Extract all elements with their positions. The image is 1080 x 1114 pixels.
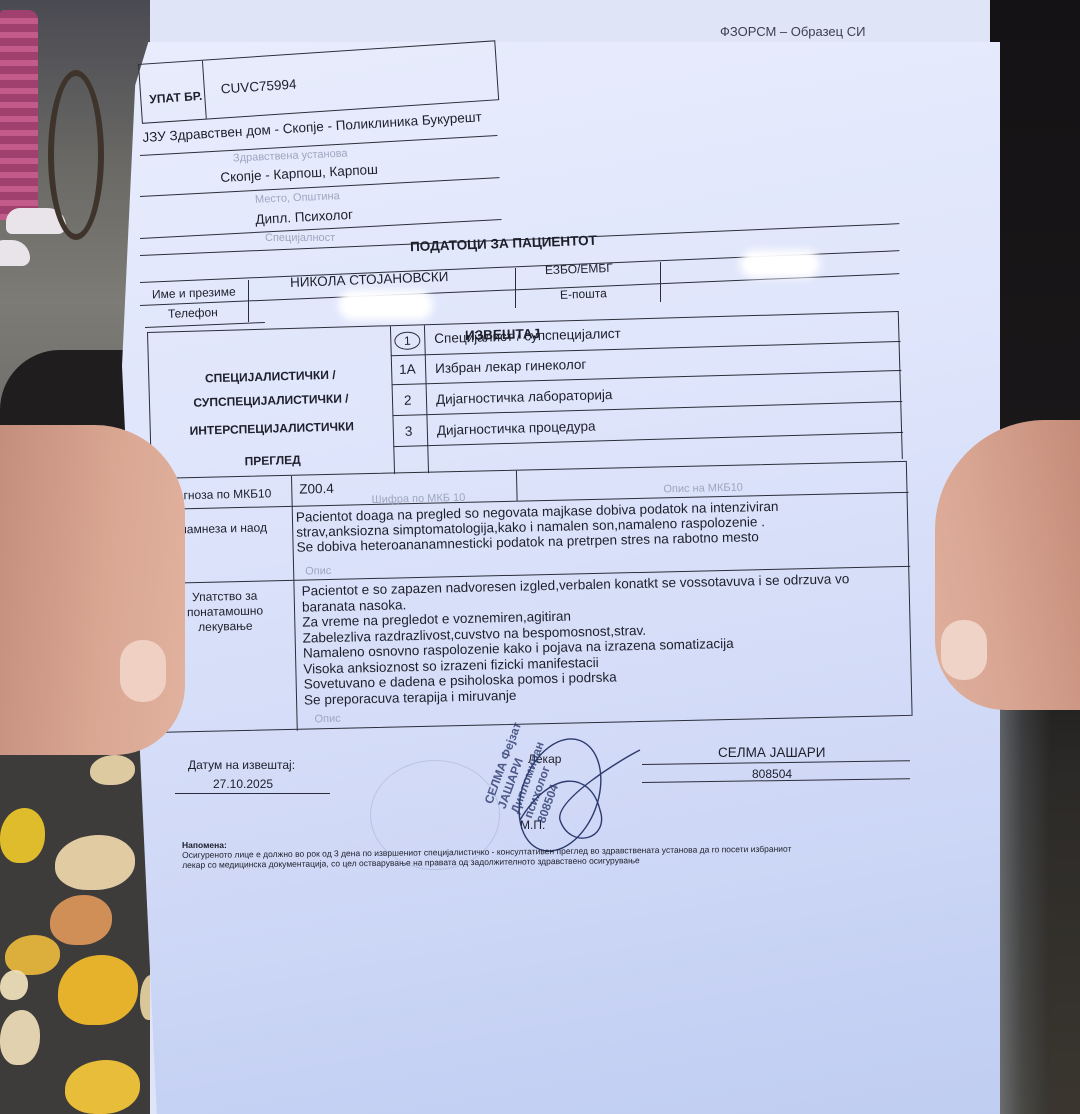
redacted-phone-value	[338, 290, 433, 320]
exam-option-3-code: 2	[404, 393, 412, 408]
findings-table: Дијагноза по МКБ10 Z00.4 Шифра по МКБ 10…	[152, 461, 913, 733]
anamnesis-label: Анамнеза и наод	[172, 520, 267, 536]
exam-option-1-label: Специјалист / супспецијалист	[434, 326, 621, 346]
diagnosis-code-caption: Шифра по МКБ 10	[371, 492, 465, 506]
exam-type-table: СПЕЦИЈАЛИСТИЧКИ / СУПСПЕЦИЈАЛИСТИЧКИ / И…	[147, 311, 903, 480]
guidance-caption: Опис	[314, 713, 340, 726]
referral-number: CUVC75994	[220, 77, 297, 97]
diagnosis-desc-caption: Опис на МКБ10	[663, 482, 743, 496]
patient-email-label: Е-пошта	[560, 286, 607, 302]
redacted-id-value	[740, 250, 820, 278]
anamnesis-caption: Опис	[305, 565, 331, 578]
left-hand	[0, 425, 185, 755]
guidance-text: Pacientot e so zapazen nadvoresen izgled…	[301, 571, 852, 707]
date-value: 27.10.2025	[213, 777, 273, 791]
thumbnail	[941, 620, 987, 680]
exam-type-label-1: СПЕЦИЈАЛИСТИЧКИ /	[149, 366, 391, 387]
exam-option-1-code-circled: 1	[394, 331, 420, 350]
exam-option-2-label: Избран лекар гинеколог	[435, 357, 587, 376]
patient-phone-label: Телефон	[168, 305, 218, 321]
anamnesis-text: Pacientot doaga na pregled so negovata m…	[296, 499, 779, 555]
doctor-id: 808504	[752, 767, 792, 781]
note-title: Напомена:	[182, 840, 227, 850]
doctor-name: СЕЛМА ЈАШАРИ	[718, 745, 825, 760]
exam-type-label-3: ИНТЕРСПЕЦИЈАЛИСТИЧКИ	[151, 418, 393, 439]
exam-option-2-code: 1А	[399, 362, 416, 377]
date-label: Датум на извештај:	[188, 758, 295, 772]
exam-option-4-code: 3	[405, 424, 413, 439]
exam-option-3-label: Дијагностичка лабораторија	[436, 387, 613, 407]
patient-section-title: ПОДАТОЦИ ЗА ПАЦИЕНТОТ	[410, 233, 597, 255]
location-value: Скопје - Карпош, Карпош	[220, 162, 378, 185]
specialty-caption: Специјалност	[265, 232, 335, 244]
note-text: Осигуреното лице е должно во рок од 3 де…	[182, 844, 792, 870]
patient-name-label: Име и презиме	[152, 285, 236, 302]
specialty-value: Дипл. Психолог	[255, 207, 353, 227]
form-code: ФЗОРСМ – Образец СИ	[720, 24, 865, 39]
patient-id-label: ЕЗБО/ЕМБГ	[545, 261, 613, 277]
right-hand	[935, 420, 1080, 710]
exam-option-4-label: Дијагностичка процедура	[437, 419, 596, 438]
patient-name-value: НИКОЛА СТОЈАНОВСКИ	[290, 269, 449, 290]
exam-type-label-4: ПРЕГЛЕД	[151, 450, 393, 471]
diagnosis-code: Z00.4	[299, 481, 334, 497]
exam-type-label-2: СУПСПЕЦИЈАЛИСТИЧКИ /	[150, 390, 392, 411]
thumbnail	[120, 640, 166, 702]
location-caption: Место, Општина	[255, 190, 340, 206]
